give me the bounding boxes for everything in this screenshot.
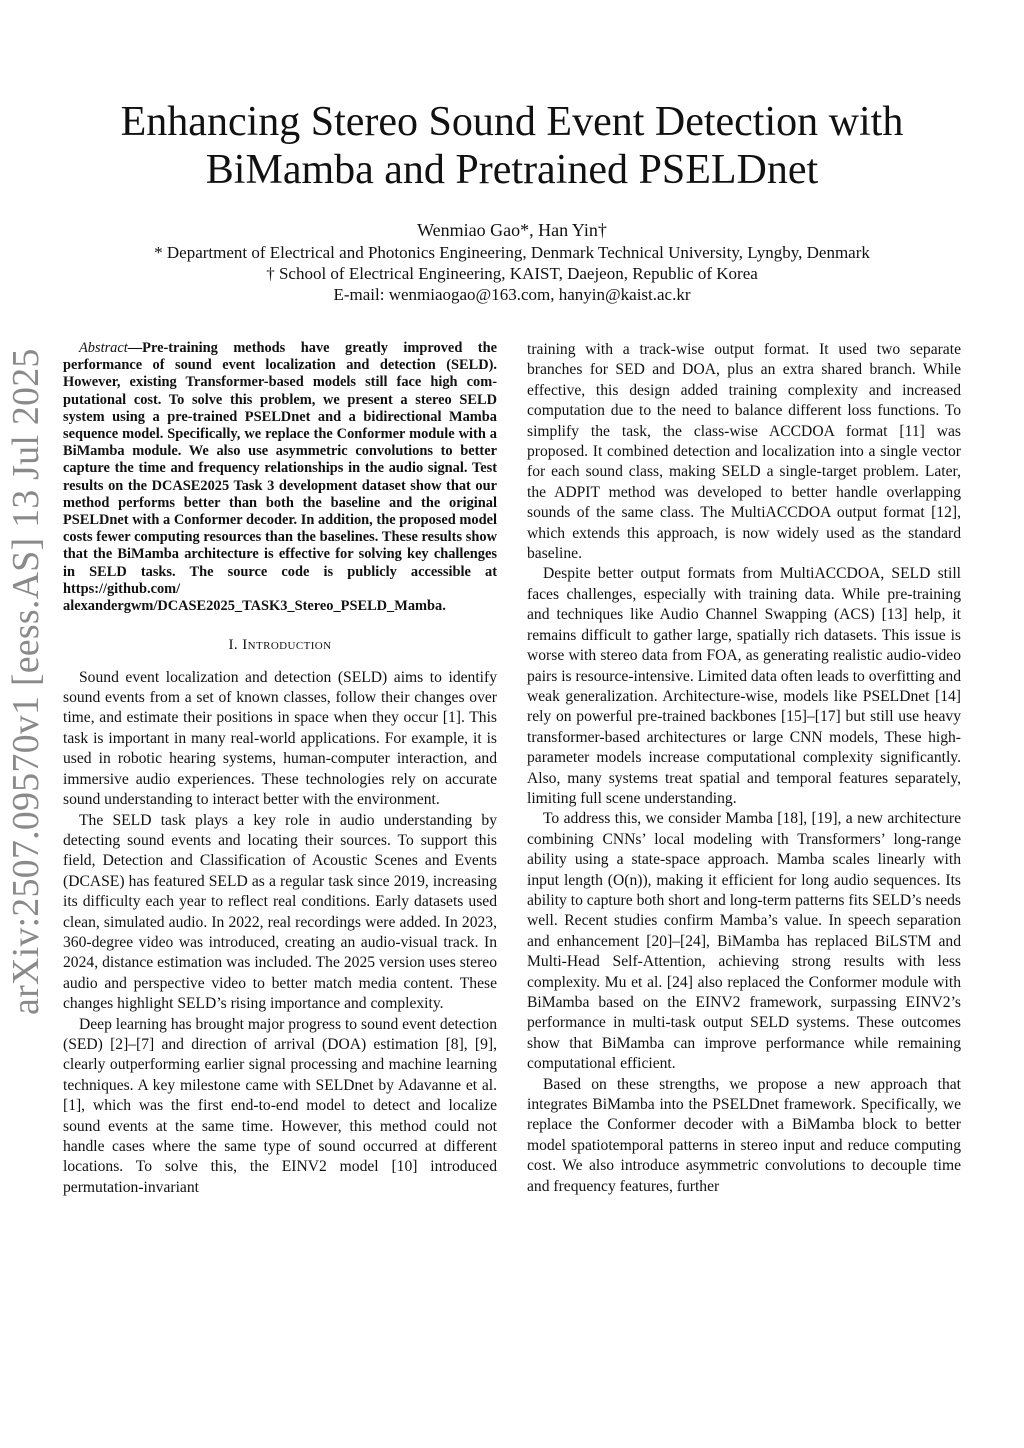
paragraph: Despite better output formats from Multi… (527, 564, 961, 809)
title-line-2: BiMamba and Pretrained PSELDnet (0, 146, 1024, 194)
affiliation-1: * Department of Electrical and Photonics… (0, 242, 1024, 263)
paragraph: The SELD task plays a key role in audio … (63, 811, 497, 1015)
section-number: I. (229, 637, 239, 653)
paragraph: Based on these strengths, we propose a n… (527, 1075, 961, 1197)
author-names: Wenmiao Gao*, Han Yin† (0, 220, 1024, 241)
author-block: Wenmiao Gao*, Han Yin† * Department of E… (0, 220, 1024, 305)
title-line-1: Enhancing Stereo Sound Event Detection w… (0, 98, 1024, 146)
abstract-text: —Pre-training methods have greatly impro… (63, 340, 497, 614)
author-emails: E-mail: wenmiaogao@163.com, hanyin@kaist… (0, 284, 1024, 305)
abstract-label: Abstract (79, 340, 128, 356)
arxiv-stamp: arXiv:2507.09570v1 [eess.AS] 13 Jul 2025 (4, 348, 48, 1015)
abstract: Abstract—Pre-training methods have great… (63, 340, 497, 615)
paragraph: Deep learning has brought major progress… (63, 1015, 497, 1199)
affiliation-2: † School of Electrical Engineering, KAIS… (0, 263, 1024, 284)
paragraph: To address this, we consider Mamba [18],… (527, 809, 961, 1074)
section-heading-introduction: I. Introduction (63, 635, 497, 655)
left-column: Abstract—Pre-training methods have great… (63, 340, 497, 1198)
paragraph: Sound event localization and detection (… (63, 668, 497, 811)
paragraph: training with a track-wise output format… (527, 340, 961, 564)
paper-title: Enhancing Stereo Sound Event Detection w… (0, 98, 1024, 194)
section-title: Introduction (242, 637, 331, 653)
right-column: training with a track-wise output format… (527, 340, 961, 1197)
